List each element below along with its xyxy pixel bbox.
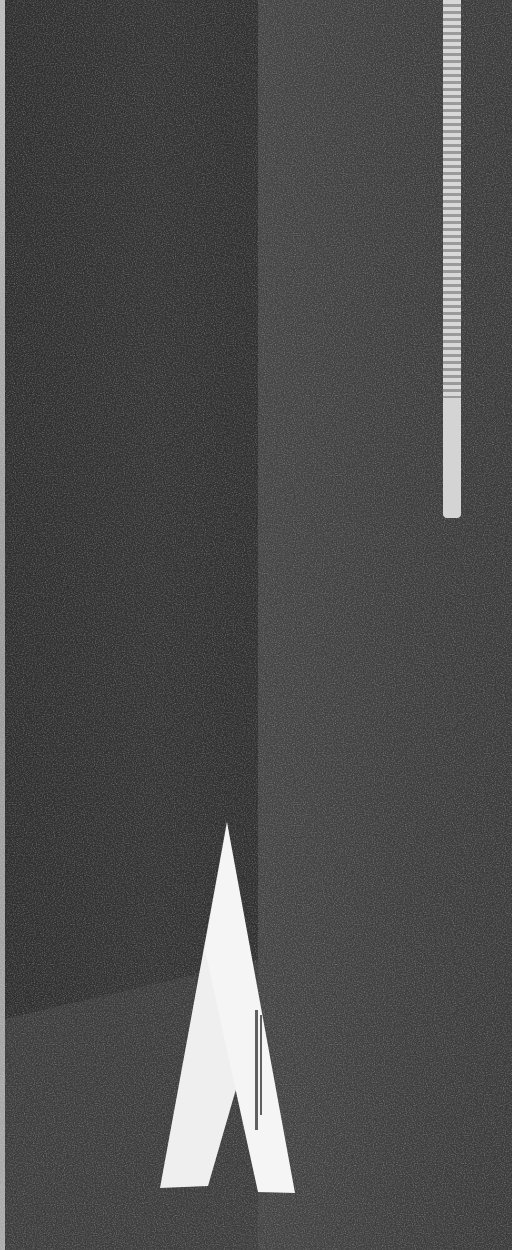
road-scene (0, 0, 512, 1250)
road-arrow-marking (0, 0, 512, 1250)
